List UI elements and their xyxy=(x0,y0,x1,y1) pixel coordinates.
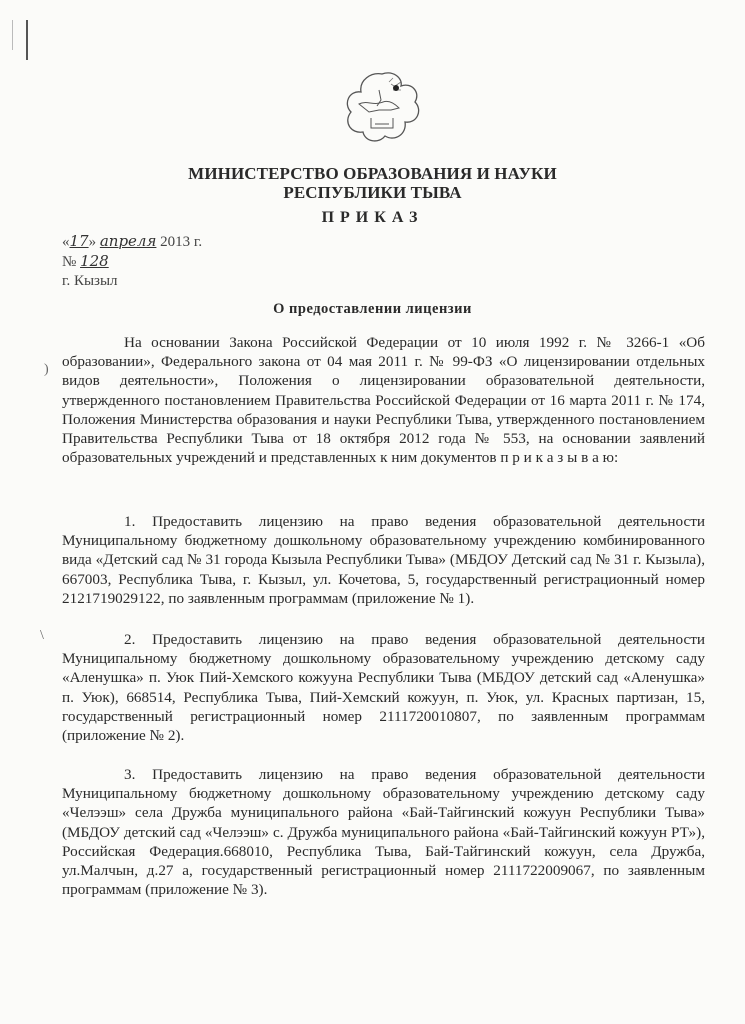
ministry-name: МИНИСТЕРСТВО ОБРАЗОВАНИЯ И НАУКИ РЕСПУБЛ… xyxy=(0,164,745,202)
margin-mark-1: ) xyxy=(44,362,49,378)
order-city: г. Кызыл xyxy=(62,272,202,291)
date-year: 2013 г. xyxy=(160,234,202,250)
ministry-line-1: МИНИСТЕРСТВО ОБРАЗОВАНИЯ И НАУКИ xyxy=(0,164,745,183)
number-value: 128 xyxy=(80,252,109,270)
margin-mark-2: \ xyxy=(40,628,44,644)
date-day: 17 xyxy=(70,232,89,250)
intro-paragraph: На основании Закона Российской Федерации… xyxy=(62,333,705,467)
date-month: апреля xyxy=(100,232,157,250)
date-quote-close: » xyxy=(89,234,97,250)
scan-margin-mark xyxy=(26,20,28,60)
order-subject: О предоставлении лицензии xyxy=(0,301,745,318)
order-meta: «17» апреля 2013 г. № 128 г. Кызыл xyxy=(62,232,202,291)
order-item-1: 1. Предоставить лицензию на право ведени… xyxy=(62,512,705,608)
order-item-3: 3. Предоставить лицензию на право ведени… xyxy=(62,765,705,899)
item-text: 1. Предоставить лицензию на право ведени… xyxy=(62,512,705,608)
item-text: 2. Предоставить лицензию на право ведени… xyxy=(62,630,705,745)
intro-text: На основании Закона Российской Федерации… xyxy=(62,333,705,467)
item-text: 3. Предоставить лицензию на право ведени… xyxy=(62,765,705,899)
date-quote-open: « xyxy=(62,234,70,250)
scan-margin-line xyxy=(12,20,13,50)
ministry-line-2: РЕСПУБЛИКИ ТЫВА xyxy=(0,183,745,202)
order-number: № 128 xyxy=(62,252,202,272)
tuva-emblem-icon xyxy=(343,70,421,144)
number-prefix: № xyxy=(62,254,76,270)
order-date: «17» апреля 2013 г. xyxy=(62,232,202,252)
document-type: ПРИКАЗ xyxy=(0,209,745,227)
order-item-2: 2. Предоставить лицензию на право ведени… xyxy=(62,630,705,745)
